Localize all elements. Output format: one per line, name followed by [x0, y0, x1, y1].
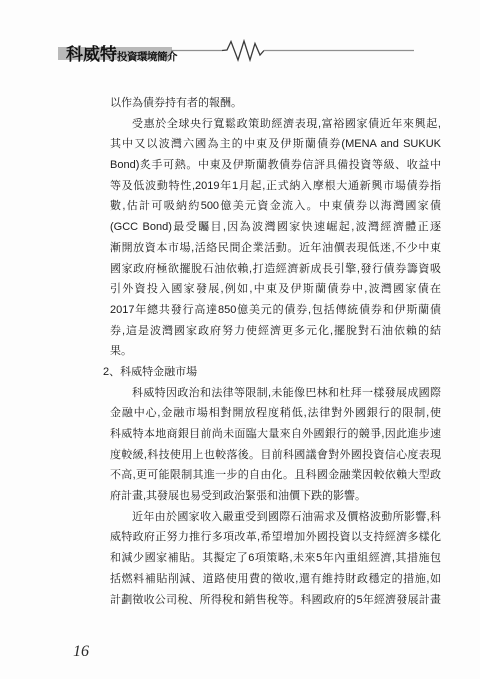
text-line: 引外資投入國家發展,例如,中東及伊斯蘭債券中,波灣國家債在 — [110, 279, 441, 300]
text-line: 不高,更可能限制其進一步的自由化。且科國金融業因較依賴大型政 — [110, 465, 441, 486]
text-line: 國家政府極欲擺脫石油依賴,打造經濟新成長引擎,發行債券籌資吸 — [110, 259, 441, 280]
page-header-title: 科威特投資環境簡介 — [66, 40, 177, 65]
text-line: 2017年總共發行高達850億美元的債券,包括傳統債券和伊斯蘭債 — [110, 300, 441, 321]
section-heading: 2、科威特金融市場 — [103, 362, 441, 383]
text-line: 數,估計可吸納約500億美元資金流入。中東債券以海灣國家債 — [110, 196, 441, 217]
text-line: 受惠於全球央行寬鬆政策助經濟表現,富裕國家債近年來興起, — [110, 114, 441, 135]
text-line: 科威特本地商銀目前尚未面臨大量來自外國銀行的競爭,因此進步速 — [110, 424, 441, 445]
text-line: 券,這是波灣國家政府努力使經濟更多元化,擺脫對石油依賴的結 — [110, 321, 441, 342]
text-line: 金融中心,金融市場相對開放程度稍低,法律對外國銀行的限制,使 — [110, 403, 441, 424]
document-page: 科威特投資環境簡介 以作為債券持有者的報酬。受惠於全球央行寬鬆政策助經濟表現,富… — [0, 0, 480, 679]
body-text-block: 以作為債券持有者的報酬。受惠於全球央行寬鬆政策助經濟表現,富裕國家債近年來興起,… — [110, 93, 441, 610]
text-line: 威特政府正努力推行多項改革,希望增加外國投資以支持經濟多樣化 — [110, 527, 441, 548]
text-line: 以作為債券持有者的報酬。 — [110, 93, 441, 114]
page-number: 16 — [73, 643, 89, 661]
text-line: 其中又以波灣六國為主的中東及伊斯蘭債券(MENA and SUKUK — [110, 134, 441, 155]
pulse-line-icon — [171, 39, 414, 62]
text-line: 府計畫,其發展也易受到政治緊張和油價下跌的影響。 — [110, 486, 441, 507]
text-line: 科威特因政治和法律等限制,未能像巴林和杜拜一樣發展成國際 — [110, 383, 441, 404]
page-header: 科威特投資環境簡介 — [0, 0, 480, 80]
text-line: Bond)炙手可熱。中東及伊斯蘭教債券信評具備投資等級、收益中 — [110, 155, 441, 176]
text-line: 計劃徵收公司稅、所得稅和銷售稅等。科國政府的5年經濟發展計畫 — [110, 590, 441, 611]
text-line: 和減少國家補貼。其擬定了6項策略,未來5年內重組經濟,其措施包 — [110, 548, 441, 569]
text-line: 果。 — [110, 341, 441, 362]
text-line: 度較緩,科技使用上也較落後。目前科國議會對外國投資信心度表現 — [110, 445, 441, 466]
header-title-sub: 投資環境簡介 — [117, 51, 177, 63]
text-line: 近年由於國家收入嚴重受到國際石油需求及價格波動所影響,科 — [110, 507, 441, 528]
text-line: (GCC Bond)最受矚目,因為波灣國家快速崛起,波灣經濟體正逐 — [110, 217, 441, 238]
header-title-main: 科威特 — [66, 45, 117, 64]
text-line: 漸開放資本市場,活絡民間企業活動。近年油價表現低迷,不少中東 — [110, 238, 441, 259]
text-line: 括燃料補貼削減、道路使用費的徵收,還有維持財政穩定的措施,如 — [110, 569, 441, 590]
text-line: 等及低波動特性,2019年1月起,正式納入摩根大通新興市場債券指 — [110, 176, 441, 197]
